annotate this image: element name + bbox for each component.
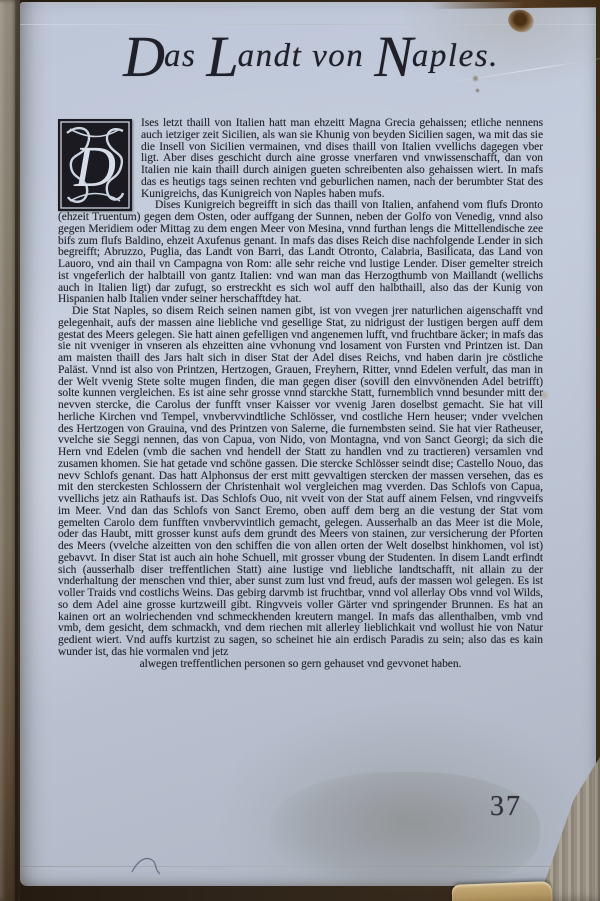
title-initial-d: D <box>123 24 163 89</box>
paragraph-text: Ises letzt thaill von Italien hatt man e… <box>141 117 543 200</box>
title-initial-n: N <box>374 24 411 89</box>
title-text: andt von <box>238 38 365 74</box>
paper-spot <box>475 88 480 93</box>
title-text: aples. <box>412 38 499 74</box>
woodcut-initial-icon: D <box>58 119 132 211</box>
book-scan: Das Landt von Naples. D Ises letzt thail… <box>0 0 600 901</box>
page: Das Landt von Naples. D Ises letzt thail… <box>20 2 596 886</box>
paper-crease-top <box>20 24 596 25</box>
paper-crease-bottom <box>20 866 596 867</box>
page-number: 37 <box>490 791 522 823</box>
bookmark-tab <box>452 881 553 901</box>
binding-crease <box>15 0 18 901</box>
title-text: as <box>164 38 196 74</box>
body-text: D Ises letzt thaill von Italien hatt man… <box>58 118 543 670</box>
body-paragraph-3: Die Stat Naples, so disem Reich seinen n… <box>58 306 543 659</box>
body-paragraph-2: Dises Kunigreich begreifft in sich das t… <box>58 200 543 306</box>
closing-line: alwegen treffentlichen personen so gern … <box>58 659 543 671</box>
title-initial-l: L <box>206 24 236 89</box>
page-title: Das Landt von Naples. <box>20 28 596 86</box>
body-paragraph-1: D Ises letzt thaill von Italien hatt man… <box>58 118 543 200</box>
paper-smudge <box>270 772 540 892</box>
svg-text:D: D <box>73 134 116 199</box>
pen-flourish-mark <box>128 850 174 880</box>
